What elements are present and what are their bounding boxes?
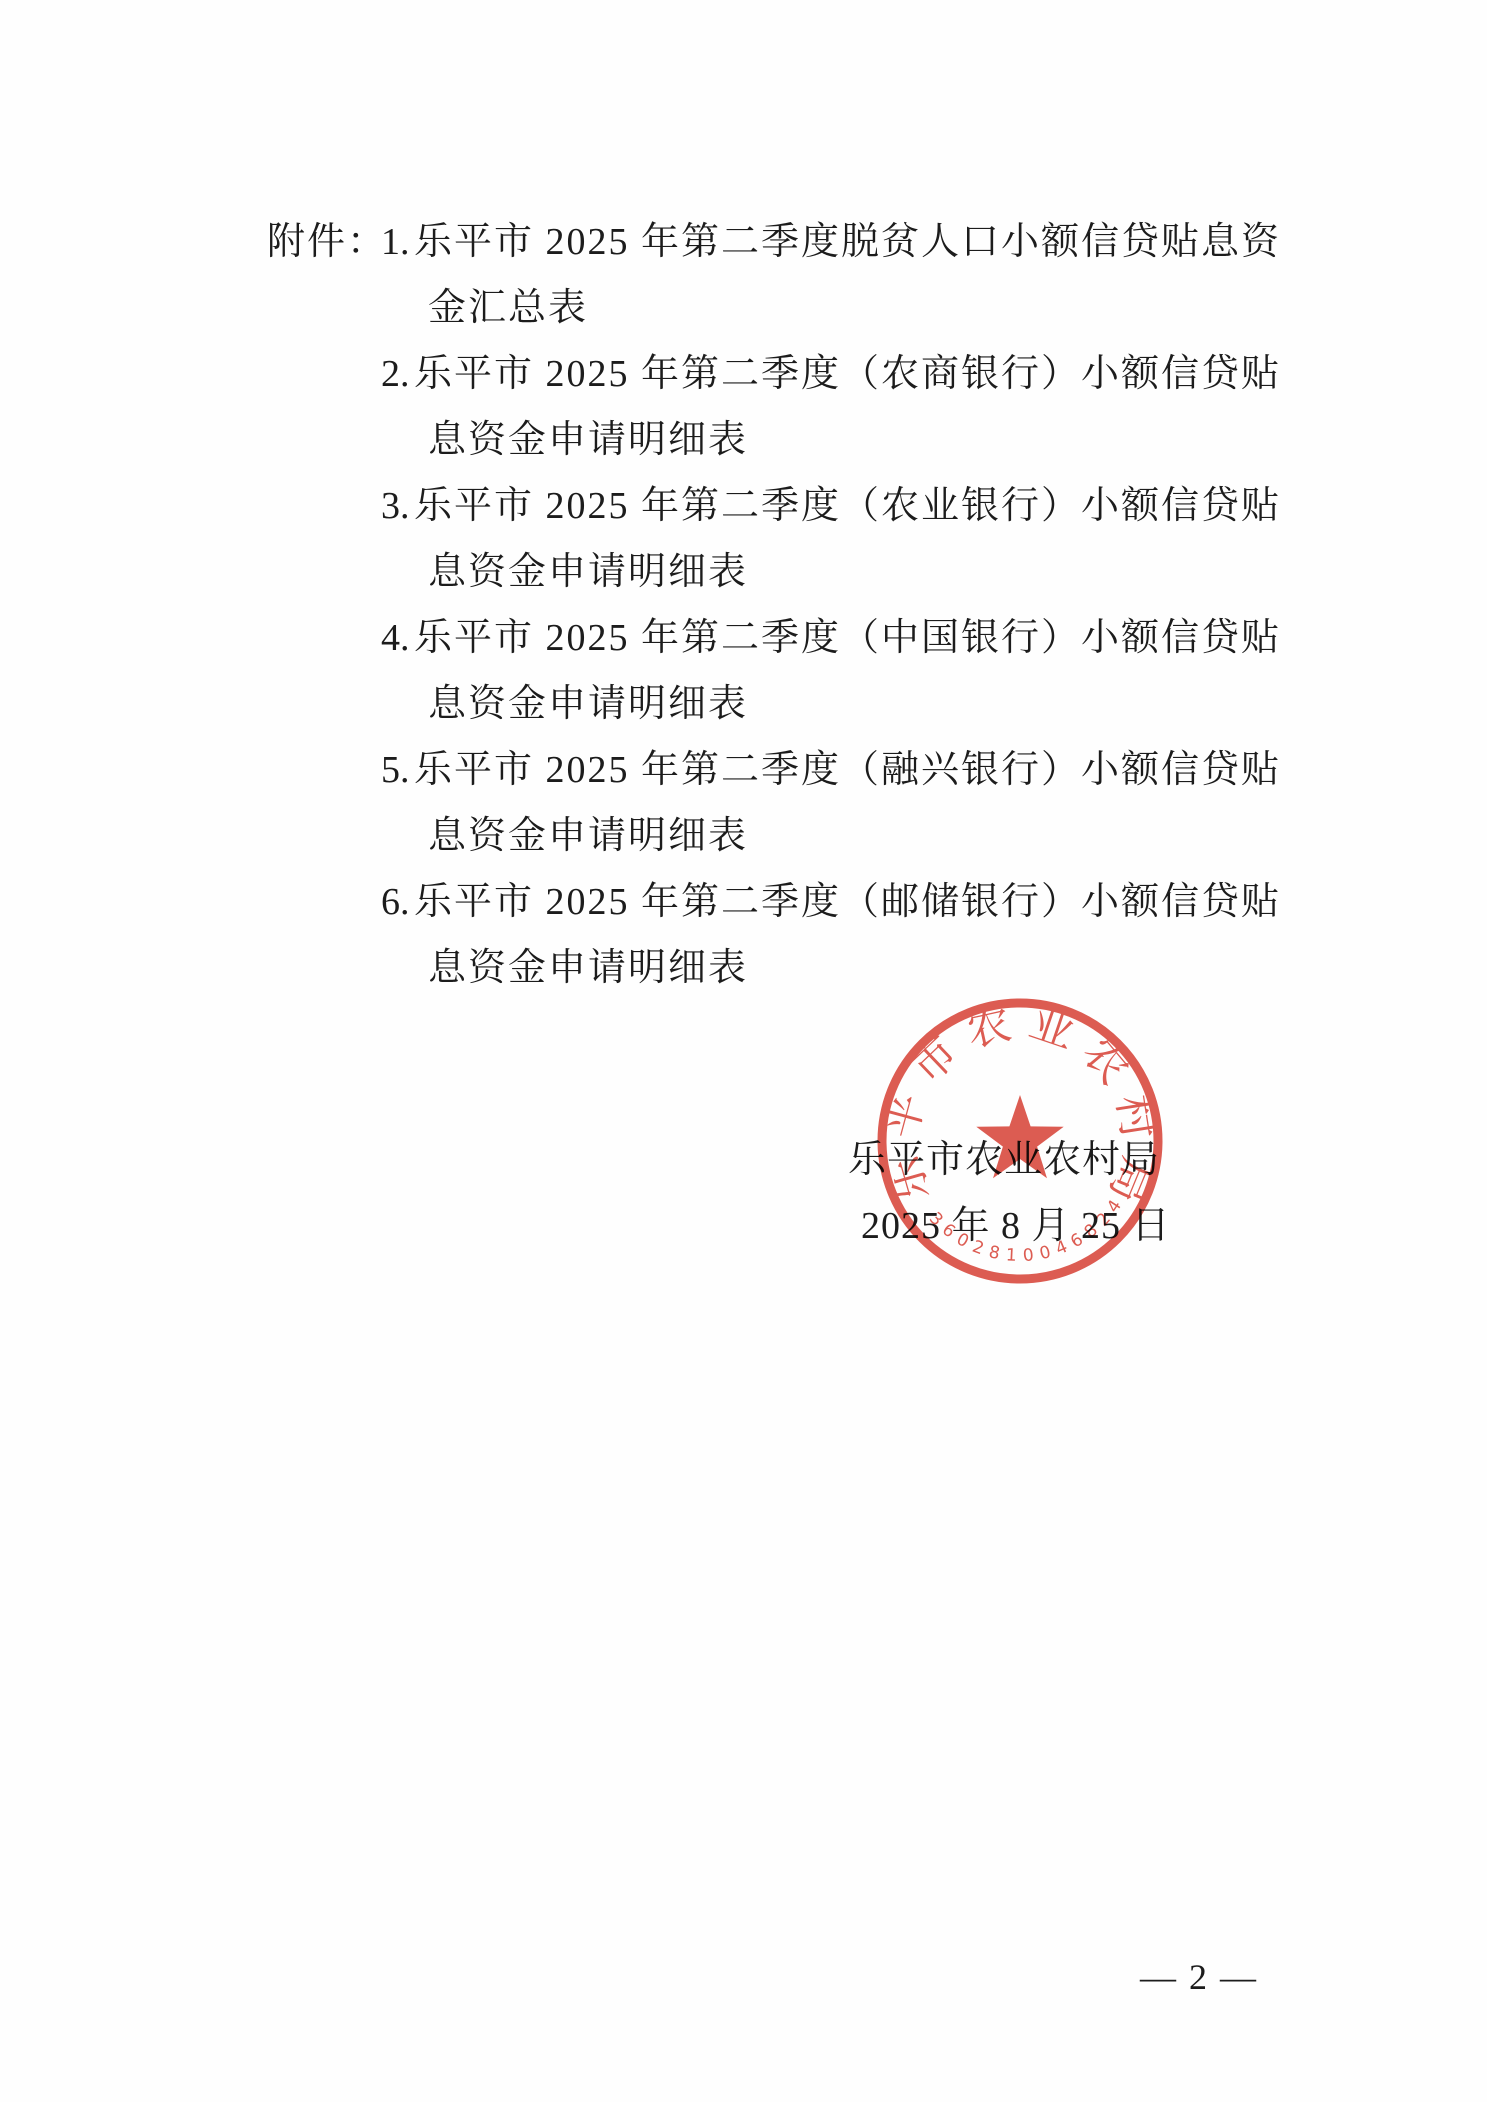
indent-spacer (267, 869, 381, 935)
attachment-item-5-line-1: 5. 乐平市 2025 年第二季度（融兴银行）小额信贷贴 (267, 737, 1327, 803)
attachment-title-continued: 息资金申请明细表 (414, 935, 748, 1001)
attachment-item-2-line-1: 2. 乐平市 2025 年第二季度（农商银行）小额信贷贴 (267, 341, 1327, 407)
attachment-title-continued: 息资金申请明细表 (414, 671, 748, 737)
attachment-item-3-line-2: 息资金申请明细表 (267, 539, 1327, 605)
attachments-label: 附件： (267, 209, 381, 275)
indent-spacer (267, 935, 381, 1001)
attachment-title: 乐平市 2025 年第二季度脱贫人口小额信贷贴息资 (414, 209, 1281, 275)
attachment-list: 附件： 1. 乐平市 2025 年第二季度脱贫人口小额信贷贴息资 金汇总表 2.… (267, 209, 1327, 1001)
indent-spacer (267, 473, 381, 539)
attachment-item-4-line-1: 4. 乐平市 2025 年第二季度（中国银行）小额信贷贴 (267, 605, 1327, 671)
indent-spacer (267, 341, 381, 407)
indent-spacer (381, 671, 414, 737)
attachment-title: 乐平市 2025 年第二季度（中国银行）小额信贷贴 (414, 605, 1281, 671)
attachment-number: 3. (381, 473, 414, 539)
attachment-title-continued: 息资金申请明细表 (414, 407, 748, 473)
indent-spacer (267, 803, 381, 869)
attachment-item-6-line-1: 6. 乐平市 2025 年第二季度（邮储银行）小额信贷贴 (267, 869, 1327, 935)
page-number: — 2 — (1140, 1956, 1258, 1998)
indent-spacer (381, 407, 414, 473)
attachment-item-1-line-2: 金汇总表 (267, 275, 1327, 341)
attachment-number: 2. (381, 341, 414, 407)
attachment-item-2-line-2: 息资金申请明细表 (267, 407, 1327, 473)
attachment-number: 4. (381, 605, 414, 671)
attachment-item-1-line-1: 附件： 1. 乐平市 2025 年第二季度脱贫人口小额信贷贴息资 (267, 209, 1327, 275)
attachment-item-5-line-2: 息资金申请明细表 (267, 803, 1327, 869)
attachment-number: 1. (381, 209, 414, 275)
seal-arc-text: 乐平市农业农村局 (876, 996, 1165, 1221)
attachment-number: 5. (381, 737, 414, 803)
attachment-item-4-line-2: 息资金申请明细表 (267, 671, 1327, 737)
signing-date: 2025 年 8 月 25 日 (861, 1194, 1171, 1249)
indent-spacer (267, 671, 381, 737)
attachment-item-3-line-1: 3. 乐平市 2025 年第二季度（农业银行）小额信贷贴 (267, 473, 1327, 539)
indent-spacer (267, 275, 381, 341)
indent-spacer (381, 275, 414, 341)
indent-spacer (267, 605, 381, 671)
document-page: 附件： 1. 乐平市 2025 年第二季度脱贫人口小额信贷贴息资 金汇总表 2.… (0, 0, 1487, 2102)
indent-spacer (381, 539, 414, 605)
indent-spacer (267, 539, 381, 605)
attachment-title: 乐平市 2025 年第二季度（邮储银行）小额信贷贴 (414, 869, 1281, 935)
attachment-number: 6. (381, 869, 414, 935)
attachment-title-continued: 息资金申请明细表 (414, 539, 748, 605)
attachment-title-continued: 金汇总表 (414, 275, 588, 341)
attachment-title: 乐平市 2025 年第二季度（融兴银行）小额信贷贴 (414, 737, 1281, 803)
attachment-title: 乐平市 2025 年第二季度（农商银行）小额信贷贴 (414, 341, 1281, 407)
indent-spacer (381, 803, 414, 869)
attachment-title: 乐平市 2025 年第二季度（农业银行）小额信贷贴 (414, 473, 1281, 539)
attachment-item-6-line-2: 息资金申请明细表 (267, 935, 1327, 1001)
indent-spacer (267, 407, 381, 473)
indent-spacer (381, 935, 414, 1001)
attachment-title-continued: 息资金申请明细表 (414, 803, 748, 869)
indent-spacer (267, 737, 381, 803)
signing-organization: 乐平市农业农村局 (848, 1128, 1160, 1183)
